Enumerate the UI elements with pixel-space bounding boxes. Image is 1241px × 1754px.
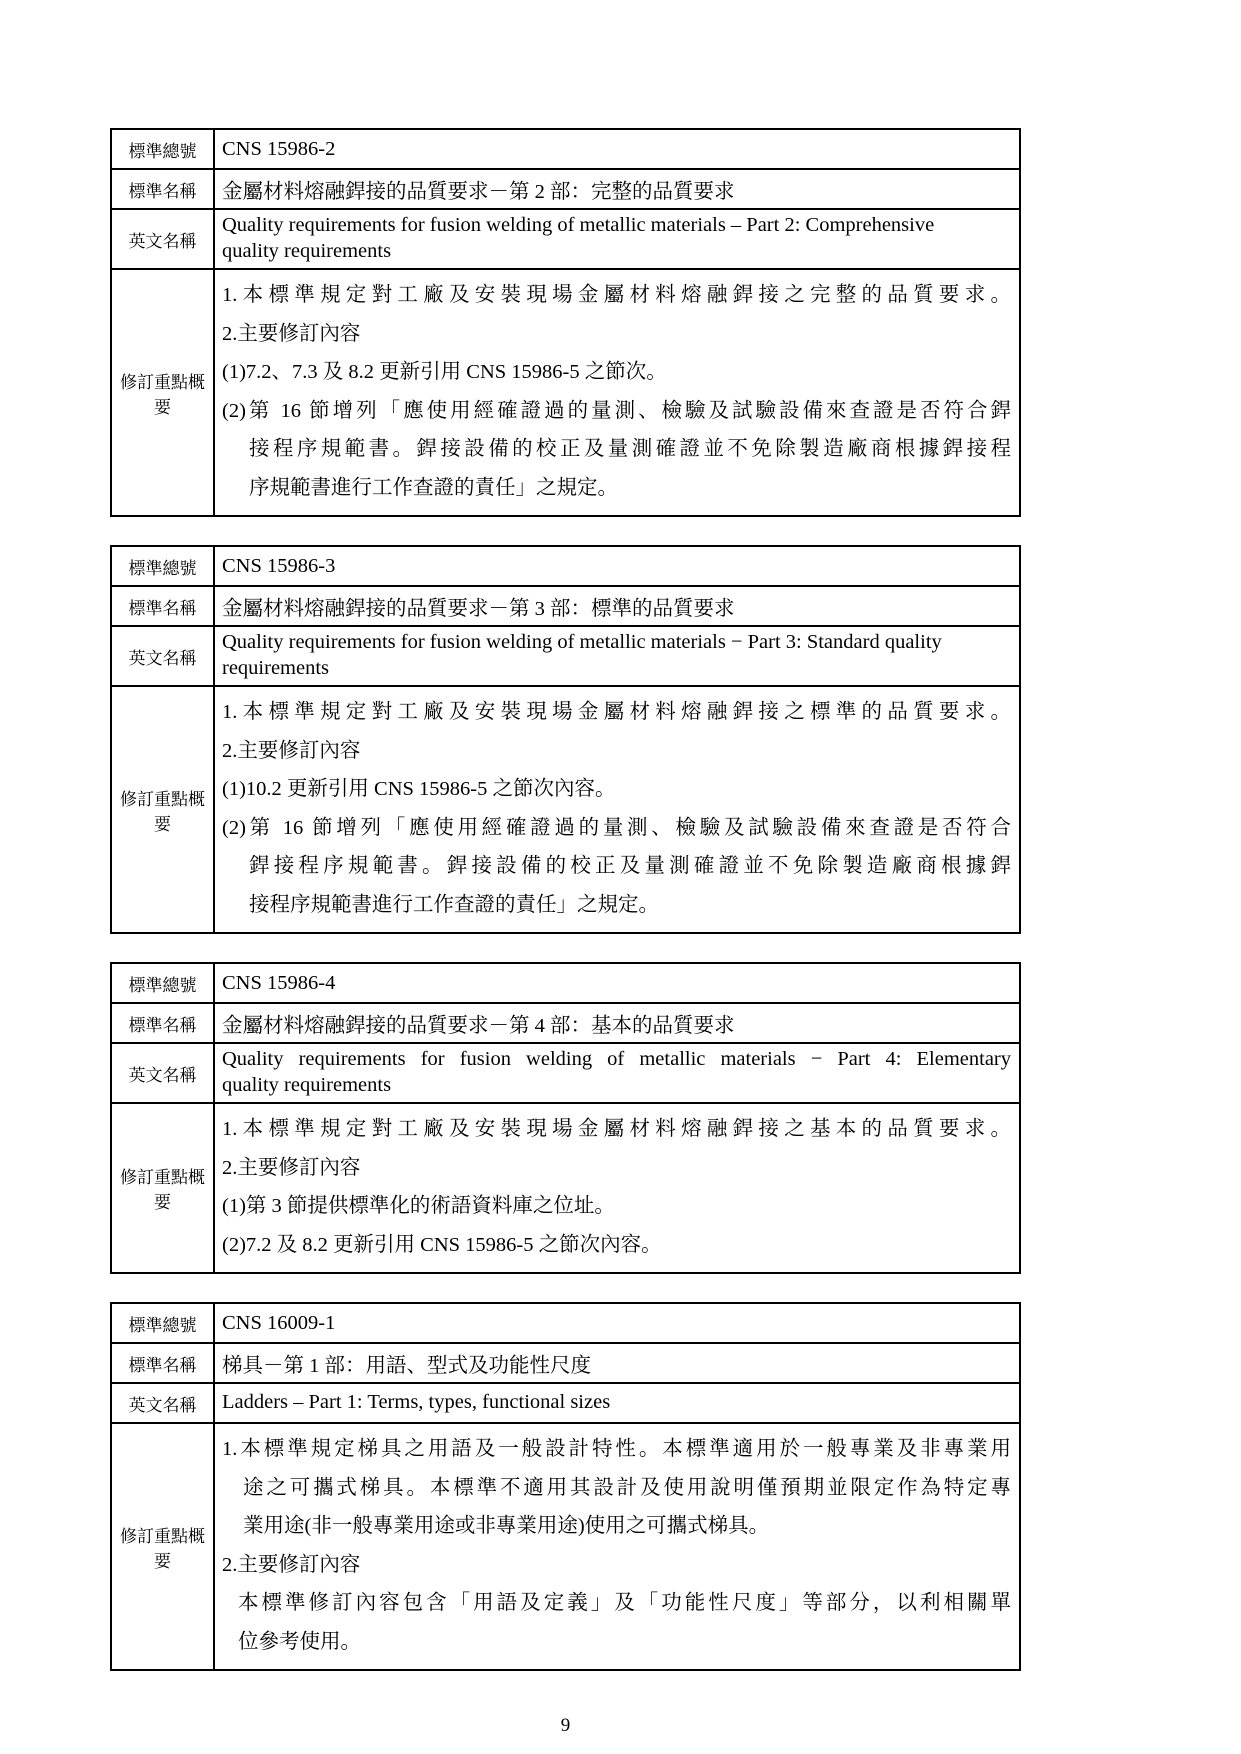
- standard-name-label: 標準名稱: [111, 169, 214, 209]
- english-name-line: Ladders – Part 1: Terms, types, function…: [222, 1389, 1011, 1415]
- table-row: 標準總號 CNS 15986-3: [111, 546, 1020, 586]
- english-name-line: quality requirements: [222, 238, 1011, 264]
- english-name-label: 英文名稱: [111, 1383, 214, 1423]
- summary-line: 途之可攜式梯具。本標準不適用其設計及使用說明僅預期並限定作為特定專: [222, 1469, 1011, 1508]
- summary-line: 接程序規範書進行工作查證的責任」之規定。: [222, 886, 1011, 925]
- table-row: 英文名稱 Quality requirements for fusion wel…: [111, 626, 1020, 686]
- english-name-value: Quality requirements for fusion welding …: [214, 1043, 1020, 1103]
- revision-summary-value: 1.本標準規定對工廠及安裝現場金屬材料熔融銲接之標準的品質要求。 2.主要修訂內…: [214, 686, 1020, 933]
- standard-table-cns-15986-3: 標準總號 CNS 15986-3 標準名稱 金屬材料熔融銲接的品質要求－第 3 …: [110, 545, 1021, 934]
- standard-number-value: CNS 15986-4: [214, 963, 1020, 1003]
- english-name-line: quality requirements: [222, 1072, 1011, 1098]
- standard-name-value: 金屬材料熔融銲接的品質要求－第 4 部：基本的品質要求: [214, 1003, 1020, 1043]
- summary-line: 銲接程序規範書。銲接設備的校正及量測確證並不免除製造廠商根據銲: [222, 847, 1011, 886]
- table-row: 修訂重點概要 1.本標準規定梯具之用語及一般設計特性。本標準適用於一般專業及非專…: [111, 1423, 1020, 1670]
- summary-line: 1.本標準規定對工廠及安裝現場金屬材料熔融銲接之標準的品質要求。: [222, 693, 1011, 732]
- english-name-value: Ladders – Part 1: Terms, types, function…: [214, 1383, 1020, 1423]
- summary-line: 2.主要修訂內容: [222, 732, 1011, 771]
- standard-name-value: 金屬材料熔融銲接的品質要求－第 2 部：完整的品質要求: [214, 169, 1020, 209]
- standard-name-label: 標準名稱: [111, 1003, 214, 1043]
- standard-name-value: 梯具－第 1 部：用語、型式及功能性尺度: [214, 1343, 1020, 1383]
- english-name-label: 英文名稱: [111, 626, 214, 686]
- revision-summary-value: 1.本標準規定對工廠及安裝現場金屬材料熔融銲接之完整的品質要求。 2.主要修訂內…: [214, 269, 1020, 516]
- summary-line: 2.主要修訂內容: [222, 1546, 1011, 1585]
- revision-summary-label: 修訂重點概要: [111, 1103, 214, 1273]
- english-name-value: Quality requirements for fusion welding …: [214, 209, 1020, 269]
- summary-line: (1)10.2 更新引用 CNS 15986-5 之節次內容。: [222, 770, 1011, 809]
- summary-line: (1)第 3 節提供標準化的術語資料庫之位址。: [222, 1187, 1011, 1226]
- standard-number-value: CNS 15986-3: [214, 546, 1020, 586]
- page-number: 9: [110, 1715, 1021, 1737]
- table-row: 修訂重點概要 1.本標準規定對工廠及安裝現場金屬材料熔融銲接之完整的品質要求。 …: [111, 269, 1020, 516]
- summary-line: 2.主要修訂內容: [222, 315, 1011, 354]
- document-page: 標準總號 CNS 15986-2 標準名稱 金屬材料熔融銲接的品質要求－第 2 …: [110, 128, 1021, 1737]
- table-row: 標準總號 CNS 15986-2: [111, 129, 1020, 169]
- standard-name-value: 金屬材料熔融銲接的品質要求－第 3 部：標準的品質要求: [214, 586, 1020, 626]
- english-name-label: 英文名稱: [111, 1043, 214, 1103]
- revision-summary-label: 修訂重點概要: [111, 269, 214, 516]
- summary-line: (2)7.2 及 8.2 更新引用 CNS 15986-5 之節次內容。: [222, 1226, 1011, 1265]
- standard-number-label: 標準總號: [111, 1303, 214, 1343]
- table-row: 標準名稱 金屬材料熔融銲接的品質要求－第 2 部：完整的品質要求: [111, 169, 1020, 209]
- table-row: 標準總號 CNS 15986-4: [111, 963, 1020, 1003]
- revision-summary-value: 1.本標準規定對工廠及安裝現場金屬材料熔融銲接之基本的品質要求。 2.主要修訂內…: [214, 1103, 1020, 1273]
- english-name-label: 英文名稱: [111, 209, 214, 269]
- summary-line: 業用途(非一般專業用途或非專業用途)使用之可攜式梯具。: [222, 1507, 1011, 1546]
- summary-line: 1.本標準規定對工廠及安裝現場金屬材料熔融銲接之完整的品質要求。: [222, 276, 1011, 315]
- table-row: 標準名稱 金屬材料熔融銲接的品質要求－第 4 部：基本的品質要求: [111, 1003, 1020, 1043]
- standard-name-label: 標準名稱: [111, 586, 214, 626]
- revision-summary-label: 修訂重點概要: [111, 1423, 214, 1670]
- standard-name-label: 標準名稱: [111, 1343, 214, 1383]
- table-row: 英文名稱 Ladders – Part 1: Terms, types, fun…: [111, 1383, 1020, 1423]
- english-name-value: Quality requirements for fusion welding …: [214, 626, 1020, 686]
- table-row: 標準總號 CNS 16009-1: [111, 1303, 1020, 1343]
- summary-line: 1.本標準規定對工廠及安裝現場金屬材料熔融銲接之基本的品質要求。: [222, 1110, 1011, 1149]
- standard-number-label: 標準總號: [111, 546, 214, 586]
- standard-number-label: 標準總號: [111, 129, 214, 169]
- summary-line: 2.主要修訂內容: [222, 1149, 1011, 1188]
- summary-line: 接程序規範書。銲接設備的校正及量測確證並不免除製造廠商根據銲接程: [222, 430, 1011, 469]
- standard-table-cns-16009-1: 標準總號 CNS 16009-1 標準名稱 梯具－第 1 部：用語、型式及功能性…: [110, 1302, 1021, 1671]
- english-name-line: Quality requirements for fusion welding …: [222, 1046, 1011, 1072]
- standard-table-cns-15986-4: 標準總號 CNS 15986-4 標準名稱 金屬材料熔融銲接的品質要求－第 4 …: [110, 962, 1021, 1274]
- summary-line: 本標準修訂內容包含「用語及定義」及「功能性尺度」等部分，以利相關單: [222, 1584, 1011, 1623]
- english-name-line: requirements: [222, 655, 1011, 681]
- standard-number-value: CNS 15986-2: [214, 129, 1020, 169]
- standard-table-cns-15986-2: 標準總號 CNS 15986-2 標準名稱 金屬材料熔融銲接的品質要求－第 2 …: [110, 128, 1021, 517]
- standard-number-label: 標準總號: [111, 963, 214, 1003]
- table-row: 修訂重點概要 1.本標準規定對工廠及安裝現場金屬材料熔融銲接之標準的品質要求。 …: [111, 686, 1020, 933]
- revision-summary-value: 1.本標準規定梯具之用語及一般設計特性。本標準適用於一般專業及非專業用 途之可攜…: [214, 1423, 1020, 1670]
- table-row: 標準名稱 金屬材料熔融銲接的品質要求－第 3 部：標準的品質要求: [111, 586, 1020, 626]
- summary-line: 位參考使用。: [222, 1623, 1011, 1662]
- table-row: 英文名稱 Quality requirements for fusion wel…: [111, 209, 1020, 269]
- english-name-line: Quality requirements for fusion welding …: [222, 629, 1011, 655]
- summary-line: (2)第 16 節增列「應使用經確證過的量測、檢驗及試驗設備來查證是否符合銲: [222, 392, 1011, 431]
- summary-line: 1.本標準規定梯具之用語及一般設計特性。本標準適用於一般專業及非專業用: [222, 1430, 1011, 1469]
- table-row: 修訂重點概要 1.本標準規定對工廠及安裝現場金屬材料熔融銲接之基本的品質要求。 …: [111, 1103, 1020, 1273]
- revision-summary-label: 修訂重點概要: [111, 686, 214, 933]
- summary-line: (1)7.2、7.3 及 8.2 更新引用 CNS 15986-5 之節次。: [222, 353, 1011, 392]
- table-row: 標準名稱 梯具－第 1 部：用語、型式及功能性尺度: [111, 1343, 1020, 1383]
- table-row: 英文名稱 Quality requirements for fusion wel…: [111, 1043, 1020, 1103]
- summary-line: (2)第 16 節增列「應使用經確證過的量測、檢驗及試驗設備來查證是否符合: [222, 809, 1011, 848]
- standard-number-value: CNS 16009-1: [214, 1303, 1020, 1343]
- summary-line: 序規範書進行工作查證的責任」之規定。: [222, 469, 1011, 508]
- english-name-line: Quality requirements for fusion welding …: [222, 212, 1011, 238]
